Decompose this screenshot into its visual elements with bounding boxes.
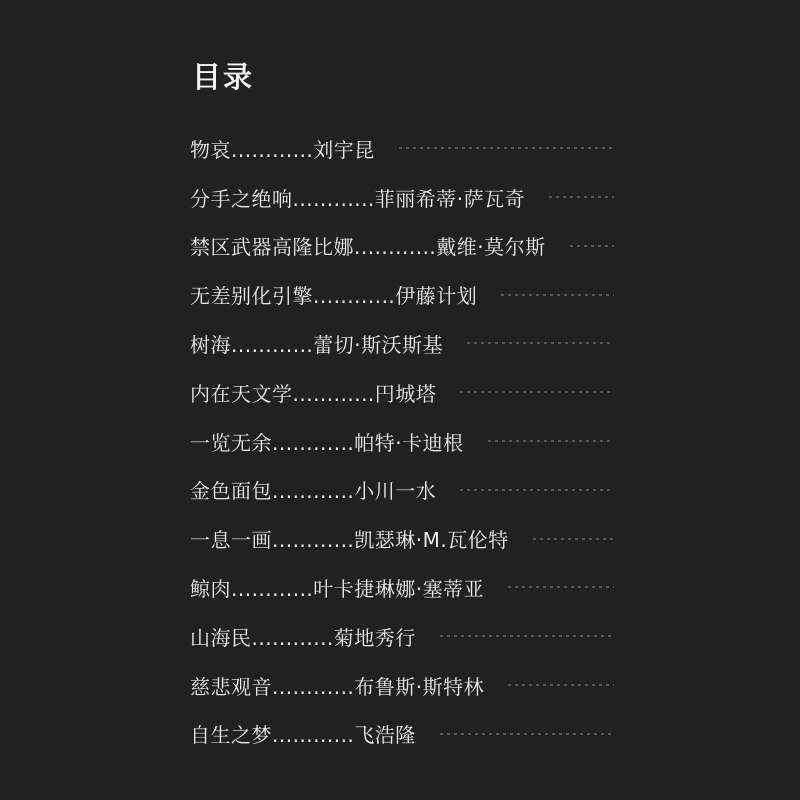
toc-entry[interactable]: 一息一画............凯瑟琳·M.瓦伦特 (190, 514, 614, 563)
story-title: 金色面包 (190, 479, 272, 503)
toc-entry-text: 物哀............刘宇昆 (190, 134, 375, 163)
story-title: 物哀 (190, 138, 231, 162)
leader-dots: ............ (272, 528, 354, 552)
leader-line (467, 342, 614, 344)
leader-dots: ............ (272, 675, 354, 699)
leader-line (460, 391, 614, 393)
leader-line (501, 294, 614, 296)
toc-entry[interactable]: 无差别化引擎............伊藤计划 (190, 270, 614, 319)
toc-entry[interactable]: 一览无余............帕特·卡迪根 (190, 417, 614, 466)
toc-entry-text: 慈悲观音............布鲁斯·斯特林 (190, 671, 484, 700)
toc-entry[interactable]: 禁区武器高隆比娜............戴维·莫尔斯 (190, 221, 614, 270)
author-name: 小川一水 (354, 479, 436, 503)
leader-dots: ............ (231, 577, 313, 601)
toc-entry[interactable]: 山海民............菊地秀行 (190, 612, 614, 661)
leader-dots: ............ (354, 235, 436, 259)
leader-line (508, 586, 614, 588)
story-title: 鲸肉 (190, 577, 231, 601)
toc-entry-text: 禁区武器高隆比娜............戴维·莫尔斯 (190, 231, 546, 260)
story-title: 分手之绝响 (190, 187, 293, 211)
story-title: 自生之梦 (190, 723, 272, 747)
story-title: 禁区武器高隆比娜 (190, 235, 354, 259)
toc-entry-text: 树海............蕾切·斯沃斯基 (190, 329, 443, 358)
leader-dots: ............ (293, 382, 375, 406)
story-title: 无差别化引擎 (190, 284, 313, 308)
toc-entry-text: 金色面包............小川一水 (190, 475, 436, 504)
leader-dots: ............ (231, 333, 313, 357)
story-title: 一览无余 (190, 431, 272, 455)
leader-dots: ............ (272, 723, 354, 747)
story-title: 慈悲观音 (190, 675, 272, 699)
author-name: 布鲁斯·斯特林 (354, 675, 484, 699)
leader-dots: ............ (293, 187, 375, 211)
page-title: 目录 (192, 62, 614, 94)
author-name: 帕特·卡迪根 (354, 431, 463, 455)
author-name: 凯瑟琳·M.瓦伦特 (354, 528, 508, 552)
author-name: 蕾切·斯沃斯基 (313, 333, 443, 357)
toc-list: 物哀............刘宇昆 分手之绝响............菲丽希蒂·… (190, 124, 614, 758)
leader-line (399, 147, 614, 149)
leader-line (440, 733, 614, 735)
story-title: 一息一画 (190, 528, 272, 552)
toc-entry[interactable]: 物哀............刘宇昆 (190, 124, 614, 173)
author-name: 菊地秀行 (334, 626, 416, 650)
leader-line (460, 489, 614, 491)
toc-entry-text: 无差别化引擎............伊藤计划 (190, 280, 477, 309)
author-name: 伊藤计划 (395, 284, 477, 308)
author-name: 菲丽希蒂·萨瓦奇 (375, 187, 525, 211)
leader-dots: ............ (252, 626, 334, 650)
toc-entry-text: 山海民............菊地秀行 (190, 622, 416, 651)
toc-entry[interactable]: 分手之绝响............菲丽希蒂·萨瓦奇 (190, 173, 614, 222)
leader-line (549, 196, 614, 198)
leader-line (440, 635, 614, 637)
author-name: 叶卡捷琳娜·塞蒂亚 (313, 577, 484, 601)
leader-line (488, 440, 614, 442)
leader-dots: ............ (272, 431, 354, 455)
toc-page: 目录 物哀............刘宇昆 分手之绝响............菲丽… (190, 62, 614, 758)
story-title: 内在天文学 (190, 382, 293, 406)
leader-line (570, 245, 614, 247)
leader-line (508, 684, 614, 686)
toc-entry[interactable]: 自生之梦............飞浩隆 (190, 709, 614, 758)
leader-dots: ............ (313, 284, 395, 308)
toc-entry[interactable]: 鲸肉............叶卡捷琳娜·塞蒂亚 (190, 563, 614, 612)
toc-entry[interactable]: 金色面包............小川一水 (190, 465, 614, 514)
toc-entry-text: 鲸肉............叶卡捷琳娜·塞蒂亚 (190, 573, 484, 602)
story-title: 山海民 (190, 626, 252, 650)
toc-entry[interactable]: 树海............蕾切·斯沃斯基 (190, 319, 614, 368)
toc-entry[interactable]: 慈悲观音............布鲁斯·斯特林 (190, 661, 614, 710)
leader-dots: ............ (231, 138, 313, 162)
author-name: 戴维·莫尔斯 (436, 235, 545, 259)
leader-line (533, 538, 614, 540)
toc-entry[interactable]: 内在天文学............円城塔 (190, 368, 614, 417)
author-name: 刘宇昆 (313, 138, 375, 162)
leader-dots: ............ (272, 479, 354, 503)
story-title: 树海 (190, 333, 231, 357)
author-name: 飞浩隆 (354, 723, 416, 747)
toc-entry-text: 内在天文学............円城塔 (190, 378, 436, 407)
toc-entry-text: 一览无余............帕特·卡迪根 (190, 427, 464, 456)
toc-entry-text: 分手之绝响............菲丽希蒂·萨瓦奇 (190, 183, 525, 212)
author-name: 円城塔 (375, 382, 437, 406)
toc-entry-text: 一息一画............凯瑟琳·M.瓦伦特 (190, 524, 509, 553)
toc-entry-text: 自生之梦............飞浩隆 (190, 719, 416, 748)
